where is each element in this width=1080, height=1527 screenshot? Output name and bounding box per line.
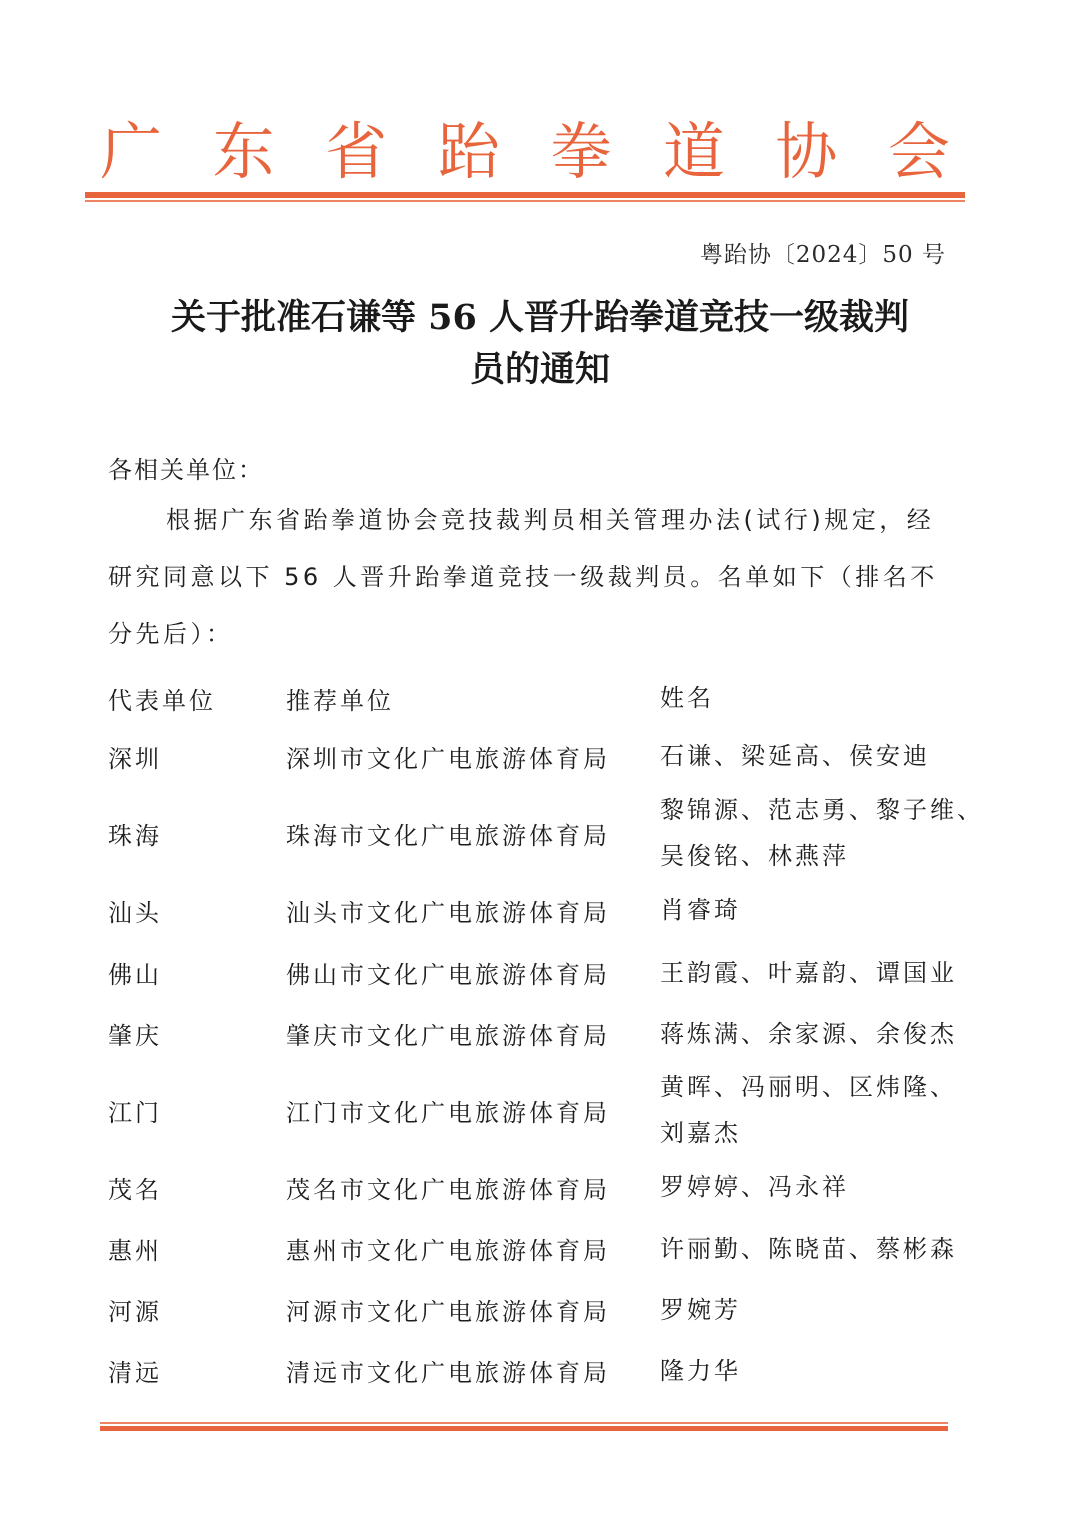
recommender: 惠州市文化广电旅游体育局 (286, 1231, 660, 1266)
names-line: 隆力华 (660, 1348, 988, 1394)
list-row: 佛山 佛山市文化广电旅游体育局 王韵霞、叶嘉韵、谭国业 (108, 942, 988, 1003)
names: 肖睿琦 (660, 887, 988, 933)
header-rep-unit: 代表单位 (108, 681, 286, 716)
recommender: 肇庆市文化广电旅游体育局 (286, 1016, 660, 1051)
names-line: 黄晖、冯丽明、区炜隆、 (660, 1064, 988, 1110)
names-line: 吴俊铭、林燕萍 (660, 833, 988, 879)
rep-unit: 江门 (108, 1093, 286, 1128)
rep-unit: 汕头 (108, 893, 286, 928)
masthead-char: 道 (663, 121, 725, 183)
names: 黄晖、冯丽明、区炜隆、 刘嘉杰 (660, 1064, 988, 1156)
list-row: 河源 河源市文化广电旅游体育局 罗婉芳 (108, 1279, 988, 1340)
list-row: 茂名 茂名市文化广电旅游体育局 罗婷婷、冯永祥 (108, 1156, 988, 1218)
header-names: 姓名 (660, 675, 988, 721)
org-masthead: 广 东 省 跆 拳 道 协 会 (100, 112, 950, 192)
rep-unit: 佛山 (108, 955, 286, 990)
list-row: 珠海 珠海市文化广电旅游体育局 黎锦源、范志勇、黎子维、 吴俊铭、林燕萍 (108, 788, 988, 878)
rep-unit: 惠州 (108, 1231, 286, 1266)
names-line: 黎锦源、范志勇、黎子维、 (660, 787, 988, 833)
masthead-char: 广 (100, 121, 162, 183)
names-line: 刘嘉杰 (660, 1110, 988, 1156)
recommender: 江门市文化广电旅游体育局 (286, 1093, 660, 1128)
footer-divider (100, 1422, 948, 1431)
masthead-char: 省 (325, 121, 387, 183)
names-line: 王韵霞、叶嘉韵、谭国业 (660, 950, 988, 996)
names: 罗婉芳 (660, 1287, 988, 1333)
recommender: 清远市文化广电旅游体育局 (286, 1353, 660, 1388)
rep-unit: 珠海 (108, 816, 286, 851)
document-number: 粤跆协〔2024〕50 号 (700, 236, 946, 269)
names: 石谦、梁延高、侯安迪 (660, 733, 988, 779)
names: 蒋炼满、余家源、余俊杰 (660, 1011, 988, 1057)
rep-unit: 深圳 (108, 739, 286, 774)
list-row: 惠州 惠州市文化广电旅游体育局 许丽勤、陈晓苗、蔡彬森 (108, 1218, 988, 1279)
names: 王韵霞、叶嘉韵、谭国业 (660, 950, 988, 996)
names-line: 蒋炼满、余家源、余俊杰 (660, 1011, 988, 1057)
title-line-2: 员的通知 (100, 344, 980, 396)
names: 罗婷婷、冯永祥 (660, 1164, 988, 1210)
list-row: 汕头 汕头市文化广电旅游体育局 肖睿琦 (108, 878, 988, 942)
recommender: 汕头市文化广电旅游体育局 (286, 893, 660, 928)
recommender: 珠海市文化广电旅游体育局 (286, 816, 660, 851)
rep-unit: 肇庆 (108, 1016, 286, 1051)
names: 黎锦源、范志勇、黎子维、 吴俊铭、林燕萍 (660, 787, 988, 879)
names-line: 罗婷婷、冯永祥 (660, 1164, 988, 1210)
list-row: 江门 江门市文化广电旅游体育局 黄晖、冯丽明、区炜隆、 刘嘉杰 (108, 1064, 988, 1156)
names-line: 石谦、梁延高、侯安迪 (660, 733, 988, 779)
list-row: 肇庆 肇庆市文化广电旅游体育局 蒋炼满、余家源、余俊杰 (108, 1003, 988, 1064)
salutation: 各相关单位： (108, 450, 264, 485)
recommender: 茂名市文化广电旅游体育局 (286, 1170, 660, 1205)
header-divider (85, 192, 965, 202)
list-header-row: 代表单位 推荐单位 姓名 (108, 672, 988, 724)
rep-unit: 河源 (108, 1292, 286, 1327)
list-row: 深圳 深圳市文化广电旅游体育局 石谦、梁延高、侯安迪 (108, 724, 988, 788)
masthead-char: 东 (213, 121, 275, 183)
masthead-char: 拳 (550, 121, 612, 183)
names: 隆力华 (660, 1348, 988, 1394)
recommender: 深圳市文化广电旅游体育局 (286, 739, 660, 774)
masthead-char: 跆 (438, 121, 500, 183)
names-line: 罗婉芳 (660, 1287, 988, 1333)
names-line: 许丽勤、陈晓苗、蔡彬森 (660, 1226, 988, 1272)
names-line: 肖睿琦 (660, 887, 988, 933)
rep-unit: 清远 (108, 1353, 286, 1388)
title-line-1: 关于批准石谦等 56 人晋升跆拳道竞技一级裁判 (100, 292, 980, 344)
recommender: 河源市文化广电旅游体育局 (286, 1292, 660, 1327)
masthead-char: 协 (775, 121, 837, 183)
header-recommender: 推荐单位 (286, 681, 660, 716)
body-paragraph: 根据广东省跆拳道协会竞技裁判员相关管理办法(试行)规定，经研究同意以下 56 人… (108, 492, 958, 663)
rep-unit: 茂名 (108, 1170, 286, 1205)
names: 许丽勤、陈晓苗、蔡彬森 (660, 1226, 988, 1272)
referee-list: 代表单位 推荐单位 姓名 深圳 深圳市文化广电旅游体育局 石谦、梁延高、侯安迪 … (108, 672, 988, 1401)
document-title: 关于批准石谦等 56 人晋升跆拳道竞技一级裁判 员的通知 (100, 292, 980, 396)
list-row: 清远 清远市文化广电旅游体育局 隆力华 (108, 1340, 988, 1401)
masthead-char: 会 (888, 121, 950, 183)
recommender: 佛山市文化广电旅游体育局 (286, 955, 660, 990)
